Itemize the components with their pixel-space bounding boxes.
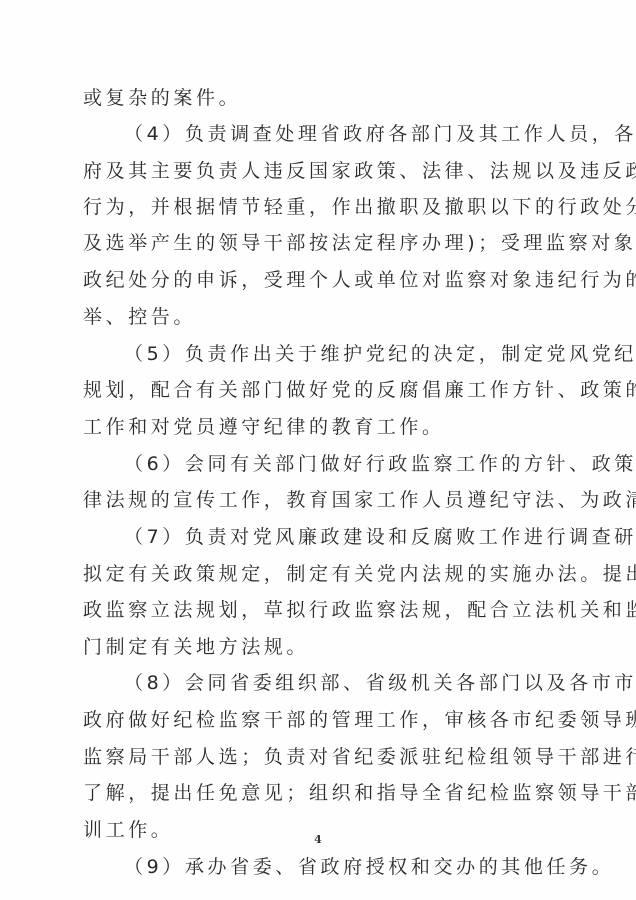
text-line: 及选举产生的领导干部按法定程序办理)；受理监察对象不服 [83, 231, 555, 255]
text-line: 律法规的宣传工作，教育国家工作人员遵纪守法、为政清廉。 [83, 488, 555, 512]
document-page: 或复杂的案件。 （4）负责调查处理省政府各部门及其工作人员，各市政 府及其主要负… [0, 0, 636, 900]
text-line: 政监察立法规划，草拟行政监察法规，配合立法机关和监督部 [83, 598, 555, 622]
text-line: （7）负责对党风廉政建设和反腐败工作进行调查研究， [124, 525, 555, 549]
text-line: 举、控告。 [83, 305, 555, 329]
text-line: 行为，并根据情节轻重，作出撤职及撤职以下的行政处分(涉 [83, 195, 555, 219]
text-line: 了解，提出任免意见；组织和指导全省纪检监察领导干部的培 [83, 781, 555, 805]
text-line: 监察局干部人选；负责对省纪委派驻纪检组领导干部进行考察 [83, 745, 555, 769]
page-number: 4 [308, 833, 328, 846]
text-line: （4）负责调查处理省政府各部门及其工作人员，各市政 [124, 122, 555, 146]
text-line: 工作和对党员遵守纪律的教育工作。 [83, 415, 555, 439]
text-line: 或复杂的案件。 [83, 86, 555, 110]
text-line: 政府做好纪检监察干部的管理工作，审核各市纪委领导班子和 [83, 708, 555, 732]
text-line: 府及其主要负责人违反国家政策、法律、法规以及违反政纪的 [83, 159, 555, 183]
text-line: 拟定有关政策规定，制定有关党内法规的实施办法。提出省行 [83, 562, 555, 586]
text-line: 政纪处分的申诉，受理个人或单位对监察对象违纪行为的检 [83, 268, 555, 292]
text-line: （5）负责作出关于维护党纪的决定，制定党风党纪教育 [124, 342, 555, 366]
text-line: 门制定有关地方法规。 [83, 635, 555, 659]
text-line: （9）承办省委、省政府授权和交办的其他任务。 [124, 855, 555, 879]
text-line: 规划，配合有关部门做好党的反腐倡廉工作方针、政策的宣传 [83, 378, 555, 402]
text-line: （6）会同有关部门做好行政监察工作的方针、政策和法 [124, 452, 555, 476]
text-line: （8）会同省委组织部、省级机关各部门以及各市市委和 [124, 671, 555, 695]
